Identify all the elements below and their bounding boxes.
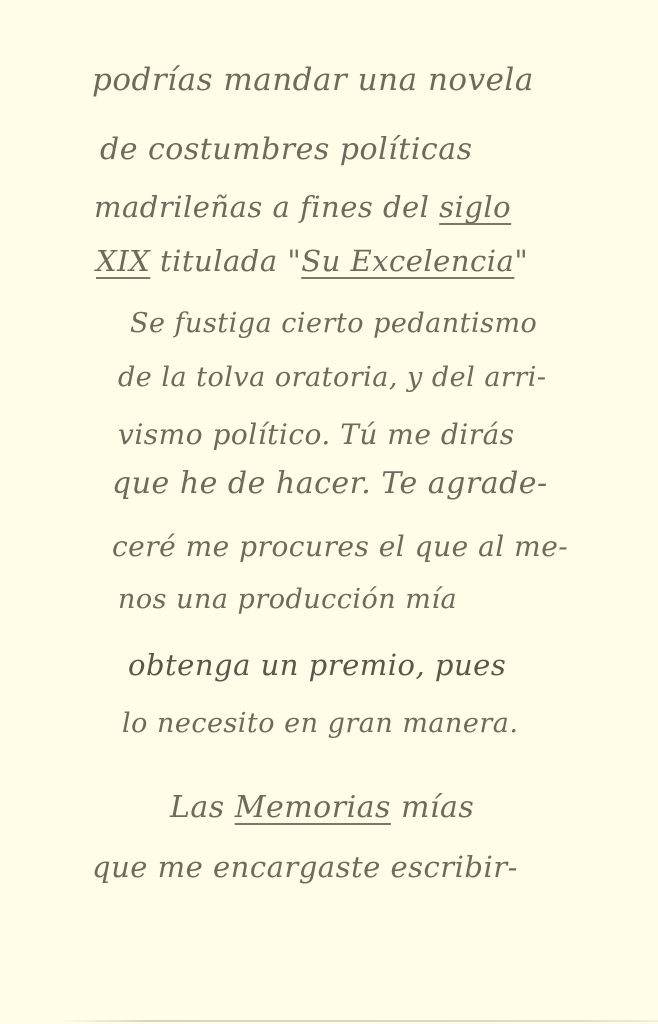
line-text-suffix: mías: [391, 790, 474, 825]
page-bottom-edge: [60, 1020, 658, 1022]
underlined-title: Su Excelencia: [301, 244, 514, 278]
line-text: podrías mandar una novela: [92, 62, 534, 98]
handwritten-line-11: obtenga un premio, pues: [128, 648, 506, 682]
handwritten-line-4: XIX titulada "Su Excelencia": [96, 244, 528, 278]
line-text: vismo político. Tú me dirás: [118, 418, 515, 451]
handwritten-line-3: madrileñas a fines del siglo: [94, 190, 511, 224]
handwritten-line-5: Se fustiga cierto pedantismo: [130, 308, 537, 339]
handwritten-line-6: de la tolva oratoria, y del arri-: [118, 362, 547, 393]
line-text: nos una producción mía: [118, 584, 457, 615]
handwritten-line-13: Las Memorias mías: [170, 790, 474, 825]
underlined-word: siglo: [439, 190, 511, 224]
line-text: que me encargaste escribir-: [92, 850, 518, 884]
handwritten-line-1: podrías mandar una novela: [92, 62, 534, 98]
line-text: ceré me procures el que al me-: [112, 530, 568, 563]
underlined-numeral: XIX: [96, 244, 150, 278]
line-text: que he de hacer. Te agrade-: [112, 466, 548, 501]
closing-quote: ": [514, 244, 528, 278]
handwritten-line-7: vismo político. Tú me dirás: [118, 418, 515, 451]
handwritten-line-8: que he de hacer. Te agrade-: [112, 466, 548, 501]
handwritten-line-10: nos una producción mía: [118, 584, 457, 615]
line-text: Se fustiga cierto pedantismo: [130, 308, 537, 339]
letter-page: podrías mandar una novela de costumbres …: [0, 0, 658, 1024]
line-text: de costumbres políticas: [100, 132, 473, 167]
handwritten-line-14: que me encargaste escribir-: [92, 850, 518, 884]
handwritten-line-12: lo necesito en gran manera.: [122, 708, 518, 739]
line-text: de la tolva oratoria, y del arri-: [118, 362, 547, 393]
handwritten-line-9: ceré me procures el que al me-: [112, 530, 568, 563]
line-text: titulada ": [150, 244, 301, 278]
line-text: obtenga un premio, pues: [128, 648, 506, 682]
line-text: lo necesito en gran manera.: [122, 708, 518, 739]
underlined-word: Memorias: [235, 790, 391, 825]
line-text: madrileñas a fines del: [94, 190, 439, 224]
line-text: Las: [170, 790, 235, 825]
handwritten-line-2: de costumbres políticas: [100, 132, 473, 167]
